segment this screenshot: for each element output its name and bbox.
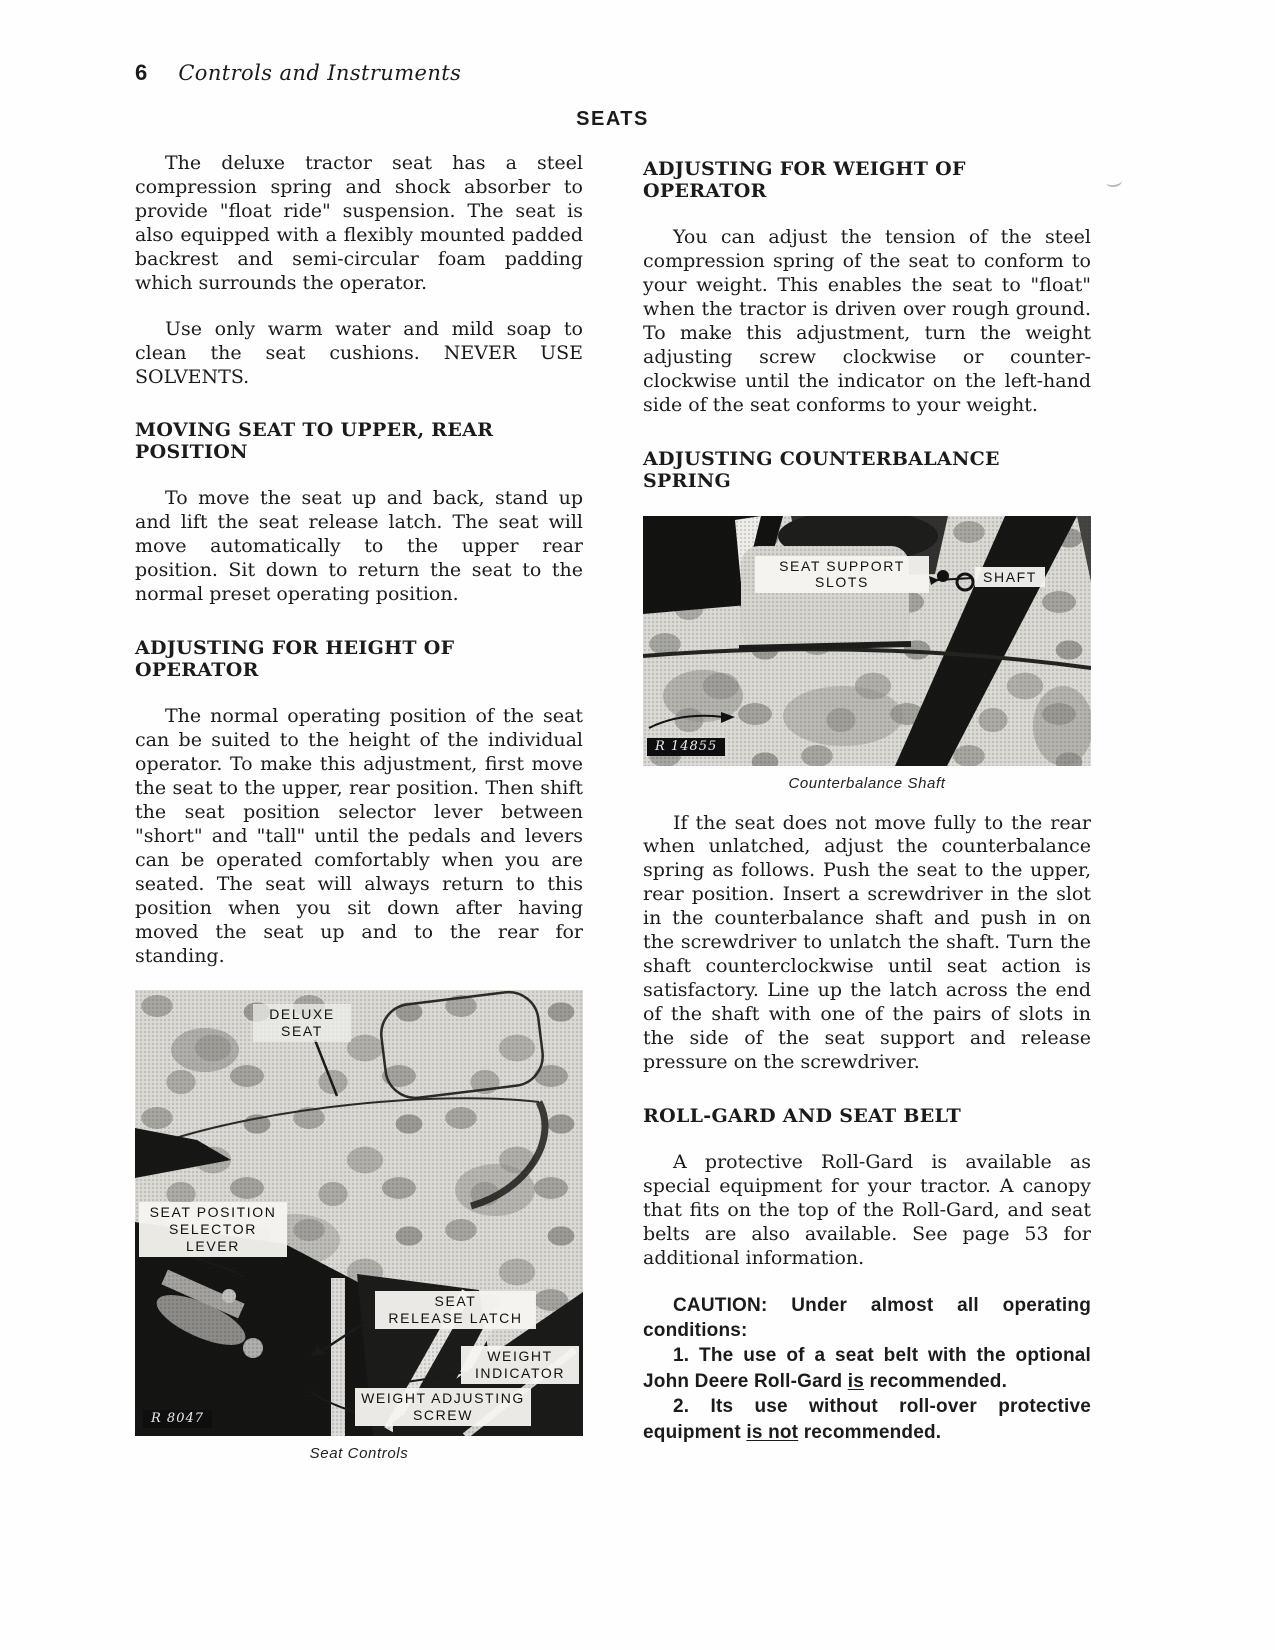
paragraph-height-adjust: The normal operating position of the sea… [135,705,583,968]
caution-item-1-underline: is [848,1371,864,1392]
figure-seat-controls: DELUXE SEAT SEAT POSITION SELECTOR LEVER… [135,990,583,1462]
label-deluxe-seat: DELUXE SEAT [253,1004,351,1042]
photo-id-r14855: R 14855 [647,738,725,756]
seat-controls-photo: DELUXE SEAT SEAT POSITION SELECTOR LEVER… [135,990,583,1436]
running-title: Controls and Instruments [178,61,461,85]
page-header: 6 Controls and Instruments [135,60,461,86]
caution-item-1: 1. The use of a seat belt with the optio… [643,1343,1091,1394]
paragraph-counterbalance: If the seat does not move fully to the r… [643,812,1091,1075]
paragraph-moving-seat: To move the seat up and back, stand up a… [135,487,583,607]
paragraph-cleaning: Use only warm water and mild soap to cle… [135,318,583,390]
caution-item-2: 2. Its use without roll-over protective … [643,1394,1091,1445]
paragraph-seat-intro: The deluxe tractor seat has a steel comp… [135,152,583,296]
caution-item-1-tail: recommended. [864,1371,1007,1392]
label-shaft: SHAFT [975,567,1045,588]
left-column: The deluxe tractor seat has a steel comp… [135,152,583,1462]
caption-seat-controls: Seat Controls [135,1445,583,1462]
label-seat-release-latch: SEAT RELEASE LATCH [375,1291,536,1329]
right-column: ADJUSTING FOR WEIGHT OF OPERATOR You can… [643,152,1091,1445]
photo-id-r8047: R 8047 [143,1410,212,1428]
figure-counterbalance: SEAT SUPPORT SLOTS SHAFT R 14855 Counter… [643,516,1091,792]
heading-weight-adjust: ADJUSTING FOR WEIGHT OF OPERATOR [643,158,1091,202]
caution-item-2-tail: recommended. [798,1422,941,1443]
heading-rollgard: ROLL-GARD AND SEAT BELT [643,1105,1091,1127]
counterbalance-photo: SEAT SUPPORT SLOTS SHAFT R 14855 [643,516,1091,766]
heading-counterbalance: ADJUSTING COUNTERBALANCE SPRING [643,448,1091,492]
caution-lead: CAUTION: Under almost all operating cond… [643,1293,1091,1344]
paragraph-weight-adjust: You can adjust the tension of the steel … [643,226,1091,418]
label-weight-indicator: WEIGHT INDICATOR [461,1346,579,1384]
label-seat-support-slots: SEAT SUPPORT SLOTS [755,556,929,594]
page-title: SEATS [135,108,1090,131]
heading-moving-seat: MOVING SEAT TO UPPER, REAR POSITION [135,419,583,463]
heading-height-adjust: ADJUSTING FOR HEIGHT OF OPERATOR [135,637,583,681]
caution-item-2-underline: is not [746,1422,798,1443]
caption-counterbalance: Counterbalance Shaft [643,775,1091,792]
page-number: 6 [135,60,147,85]
paragraph-rollgard: A protective Roll-Gard is available as s… [643,1151,1091,1271]
manual-page: 6 Controls and Instruments SEATS The del… [0,0,1275,1650]
label-seat-position-selector-lever: SEAT POSITION SELECTOR LEVER [139,1202,287,1256]
label-weight-adjusting-screw: WEIGHT ADJUSTING SCREW [355,1388,531,1426]
counterbalance-artwork [643,516,1091,766]
scan-artifact [1105,175,1122,188]
caution-block: CAUTION: Under almost all operating cond… [643,1293,1091,1446]
